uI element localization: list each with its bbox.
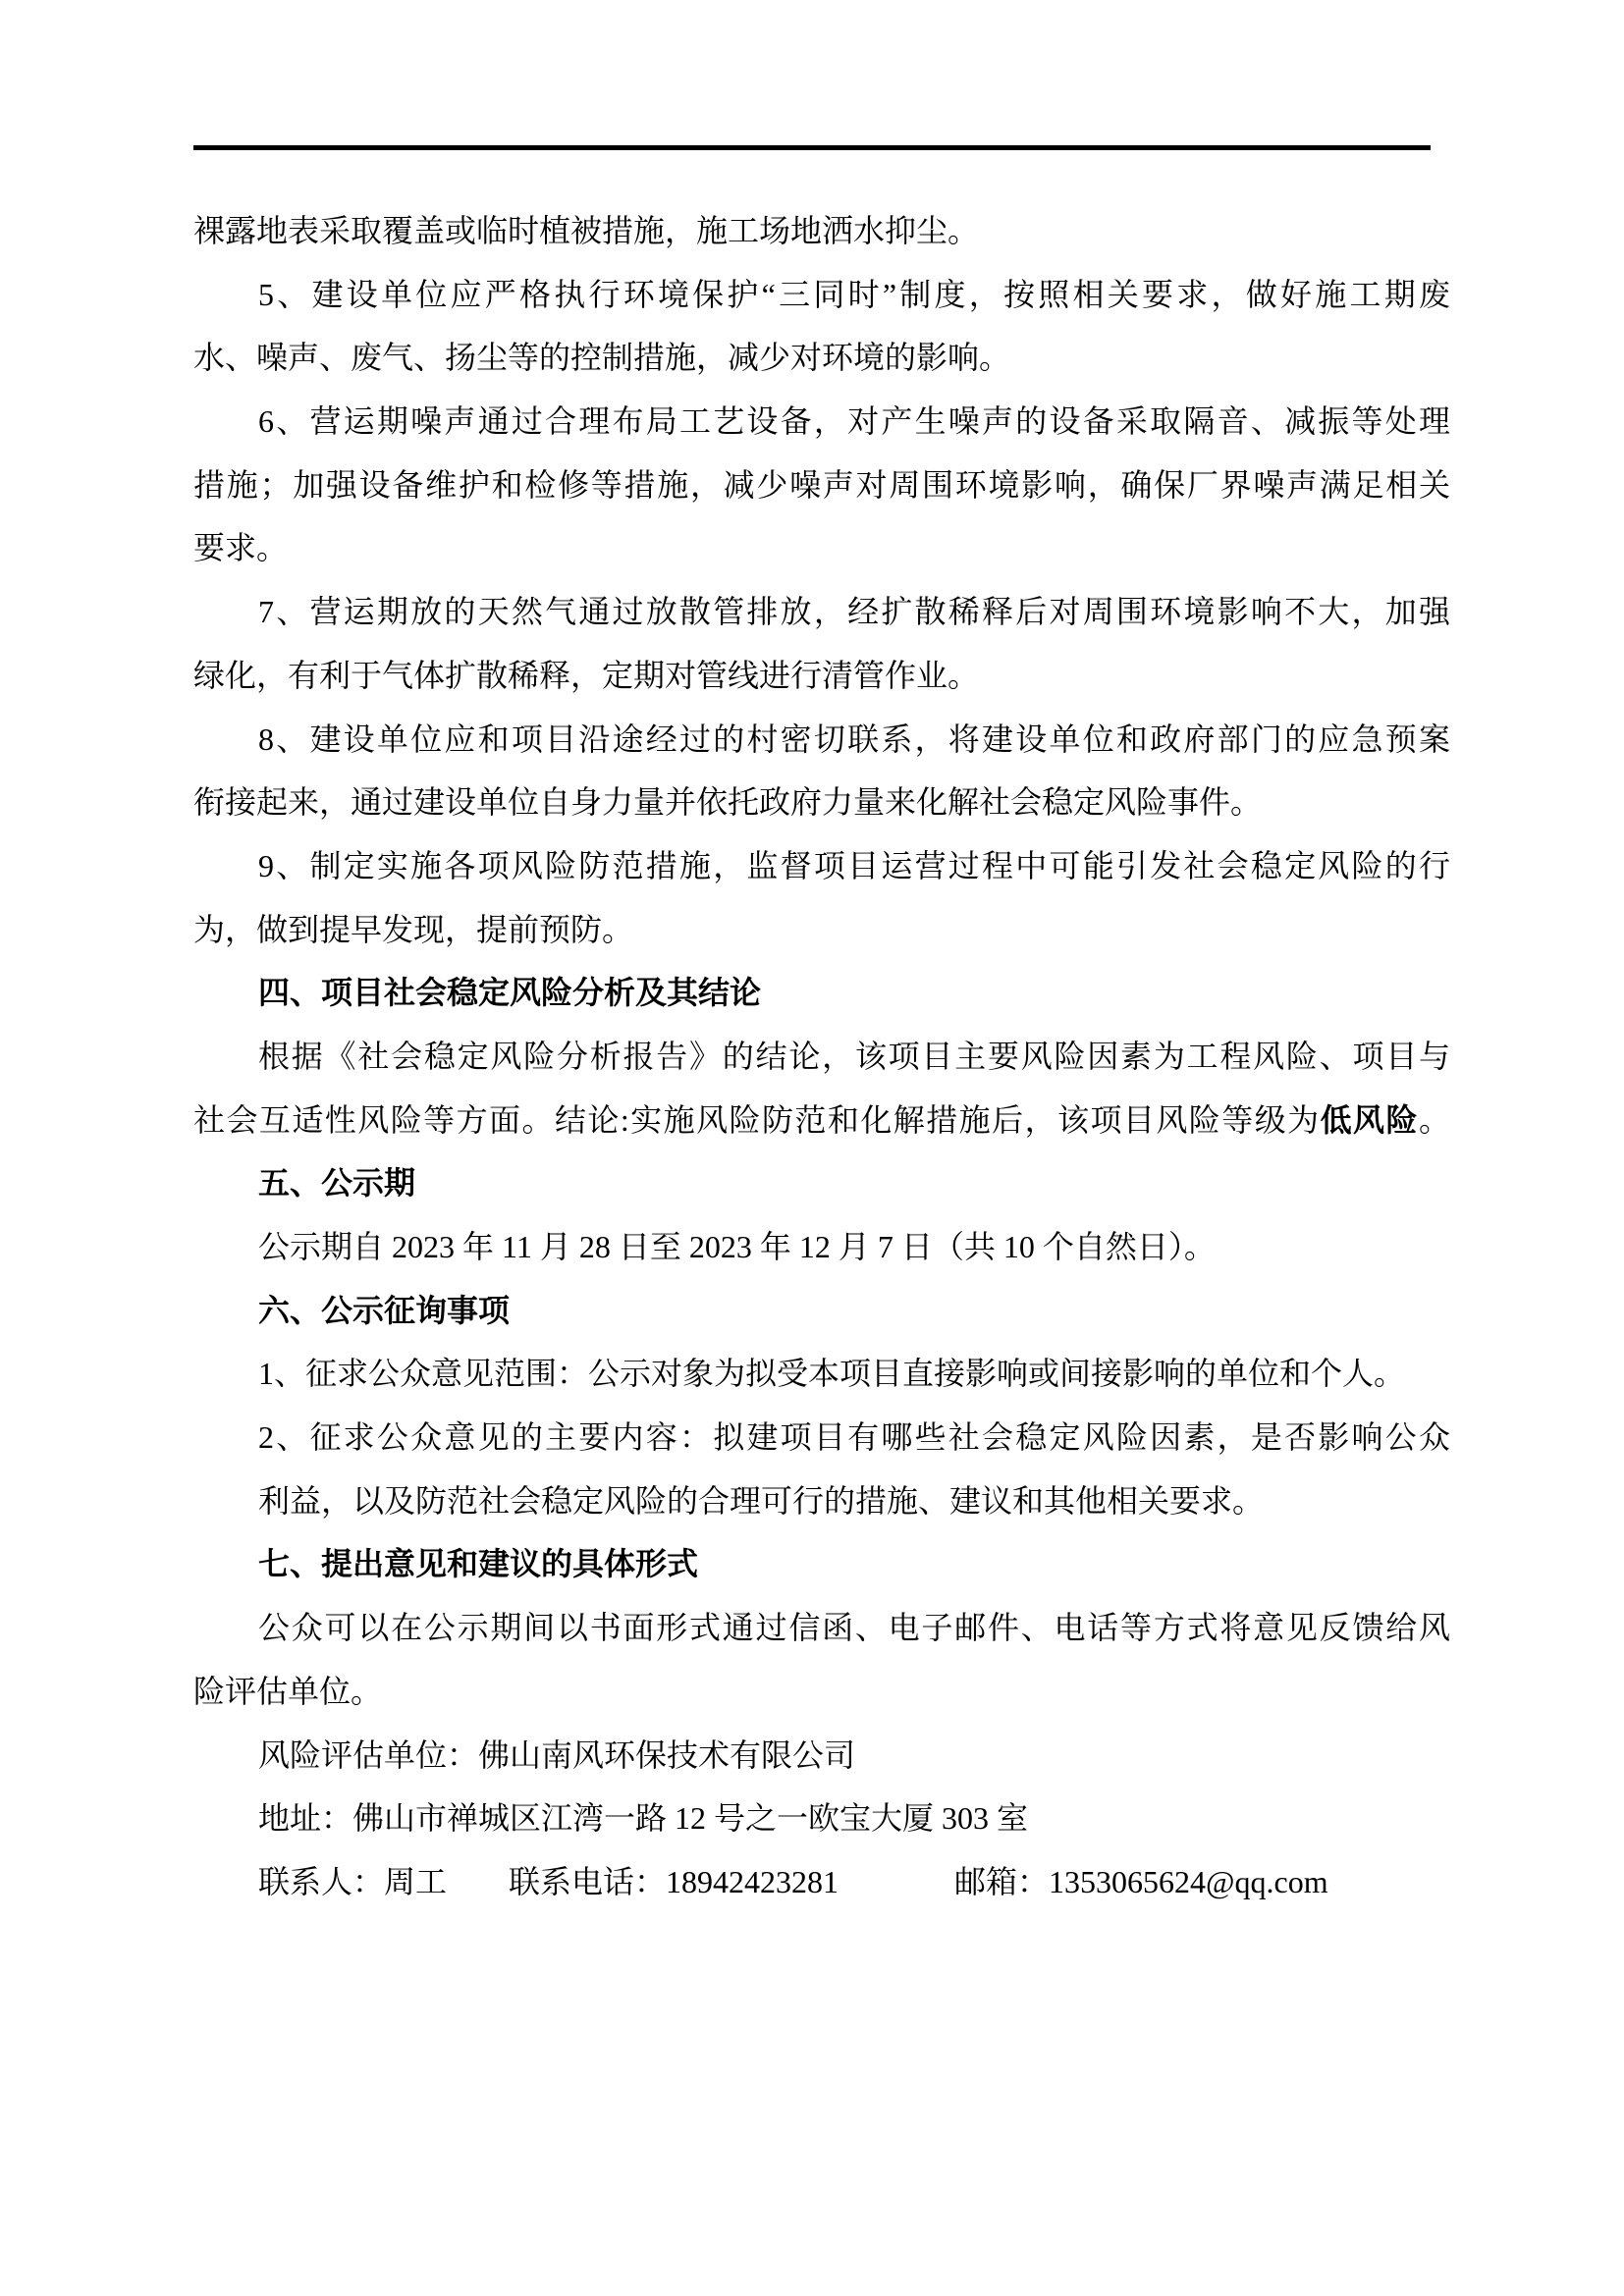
- paragraph-line: 要求。: [193, 516, 1450, 580]
- text-segment: 公示期自 2023 年 11 月 28 日至 2023 年 12 月 7 日（共…: [258, 1229, 1216, 1264]
- text-segment: 裸露地表采取覆盖或临时植被措施，施工场地洒水抑尘。: [193, 213, 979, 248]
- text-segment: 地址：佛山市禅城区江湾一路 12 号之一欧宝大厦 303 室: [258, 1800, 1028, 1836]
- text-segment: 8、建设单位应和项目沿途经过的村密切联系，将建设单位和政府部门的应急预案: [258, 721, 1450, 757]
- paragraph-line: 地址：佛山市禅城区江湾一路 12 号之一欧宝大厦 303 室: [193, 1787, 1450, 1850]
- text-segment: 风险评估单位：佛山南风环保技术有限公司: [258, 1737, 855, 1773]
- paragraph-line: 措施；加强设备维护和检修等措施，减少噪声对周围环境影响，确保厂界噪声满足相关: [193, 454, 1450, 517]
- text-segment: 水、噪声、废气、扬尘等的控制措施，减少对环境的影响。: [193, 340, 1010, 375]
- paragraph-line: 利益，以及防范社会稳定风险的合理可行的措施、建议和其他相关要求。: [193, 1469, 1450, 1533]
- paragraph-line: 衔接起来，通过建设单位自身力量并依托政府力量来化解社会稳定风险事件。: [193, 771, 1450, 834]
- section-heading: 六、公示征询事项: [193, 1279, 1450, 1343]
- text-segment: 。: [1419, 1102, 1450, 1138]
- text-segment: 绿化，有利于气体扩散稀释，定期对管线进行清管作业。: [193, 658, 979, 693]
- paragraph-line: 6、营运期噪声通过合理布局工艺设备，对产生噪声的设备采取隔音、减振等处理: [193, 390, 1450, 454]
- text-segment: 根据《社会稳定风险分析报告》的结论，该项目主要风险因素为工程风险、项目与: [258, 1039, 1450, 1074]
- paragraph-line: 9、制定实施各项风险防范措施，监督项目运营过程中可能引发社会稳定风险的行: [193, 834, 1450, 898]
- text-segment: 六、公示征询事项: [258, 1293, 510, 1328]
- text-segment: 2、征求公众意见的主要内容：拟建项目有哪些社会稳定风险因素，是否影响公众: [258, 1419, 1450, 1455]
- text-segment: 利益，以及防范社会稳定风险的合理可行的措施、建议和其他相关要求。: [258, 1483, 1264, 1519]
- text-segment: 公众可以在公示期间以书面形式通过信函、电子邮件、电话等方式将意见反馈给风: [258, 1610, 1450, 1645]
- text-segment: 措施；加强设备维护和检修等措施，减少噪声对周围环境影响，确保厂界噪声满足相关: [193, 467, 1450, 503]
- section-heading: 七、提出意见和建议的具体形式: [193, 1532, 1450, 1596]
- paragraph-line: 根据《社会稳定风险分析报告》的结论，该项目主要风险因素为工程风险、项目与: [193, 1025, 1450, 1089]
- text-segment: 9、制定实施各项风险防范措施，监督项目运营过程中可能引发社会稳定风险的行: [258, 848, 1450, 883]
- paragraph-line: 7、营运期放的天然气通过放散管排放，经扩散稀释后对周围环境影响不大，加强: [193, 580, 1450, 644]
- text-segment: 联系电话：18942423281: [509, 1864, 839, 1899]
- header-rule: [193, 145, 1431, 150]
- text-segment: 6、营运期噪声通过合理布局工艺设备，对产生噪声的设备采取隔音、减振等处理: [258, 403, 1450, 439]
- paragraph-line: 绿化，有利于气体扩散稀释，定期对管线进行清管作业。: [193, 644, 1450, 708]
- paragraph-line: 险评估单位。: [193, 1660, 1450, 1724]
- text-segment: 为，做到提早发现，提前预防。: [193, 912, 633, 947]
- document-page: 裸露地表采取覆盖或临时植被措施，施工场地洒水抑尘。5、建设单位应严格执行环境保护…: [0, 0, 1624, 2296]
- paragraph-line: 风险评估单位：佛山南风环保技术有限公司: [193, 1724, 1450, 1788]
- paragraph-line: 8、建设单位应和项目沿途经过的村密切联系，将建设单位和政府部门的应急预案: [193, 708, 1450, 772]
- section-heading: 五、公示期: [193, 1151, 1450, 1215]
- paragraph-line: 水、噪声、废气、扬尘等的控制措施，减少对环境的影响。: [193, 326, 1450, 390]
- text-segment: 社会互适性风险等方面。结论:实施风险防范和化解措施后，该项目风险等级为: [193, 1102, 1321, 1138]
- paragraph-line: 裸露地表采取覆盖或临时植被措施，施工场地洒水抑尘。: [193, 199, 1450, 263]
- emphasized-text: 低风险: [1321, 1102, 1419, 1138]
- contact-line: 联系人：周工联系电话：18942423281邮箱：1353065624@qq.c…: [193, 1850, 1450, 1914]
- text-segment: 险评估单位。: [193, 1674, 382, 1709]
- text-segment: 联系人：周工: [258, 1864, 447, 1899]
- text-segment: 7、营运期放的天然气通过放散管排放，经扩散稀释后对周围环境影响不大，加强: [258, 594, 1450, 629]
- paragraph-line: 公众可以在公示期间以书面形式通过信函、电子邮件、电话等方式将意见反馈给风: [193, 1596, 1450, 1660]
- text-segment: 要求。: [193, 530, 288, 565]
- paragraph-line: 为，做到提早发现，提前预防。: [193, 898, 1450, 962]
- paragraph-line: 2、征求公众意见的主要内容：拟建项目有哪些社会稳定风险因素，是否影响公众: [193, 1406, 1450, 1469]
- text-segment: 邮箱：1353065624@qq.com: [954, 1864, 1328, 1899]
- paragraph-line: 社会互适性风险等方面。结论:实施风险防范和化解措施后，该项目风险等级为低风险。: [193, 1089, 1450, 1152]
- paragraph-line: 5、建设单位应严格执行环境保护“三同时”制度，按照相关要求，做好施工期废: [193, 263, 1450, 327]
- paragraph-line: 1、征求公众意见范围：公示对象为拟受本项目直接影响或间接影响的单位和个人。: [193, 1342, 1450, 1406]
- document-body: 裸露地表采取覆盖或临时植被措施，施工场地洒水抑尘。5、建设单位应严格执行环境保护…: [193, 199, 1450, 1914]
- text-segment: 1、征求公众意见范围：公示对象为拟受本项目直接影响或间接影响的单位和个人。: [258, 1356, 1405, 1391]
- text-segment: 四、项目社会稳定风险分析及其结论: [258, 975, 761, 1010]
- text-segment: 衔接起来，通过建设单位自身力量并依托政府力量来化解社会稳定风险事件。: [193, 784, 1262, 820]
- text-segment: 五、公示期: [258, 1165, 415, 1201]
- text-segment: 5、建设单位应严格执行环境保护“三同时”制度，按照相关要求，做好施工期废: [258, 277, 1450, 312]
- text-segment: 七、提出意见和建议的具体形式: [258, 1546, 698, 1581]
- paragraph-line: 公示期自 2023 年 11 月 28 日至 2023 年 12 月 7 日（共…: [193, 1215, 1450, 1279]
- section-heading: 四、项目社会稳定风险分析及其结论: [193, 961, 1450, 1025]
